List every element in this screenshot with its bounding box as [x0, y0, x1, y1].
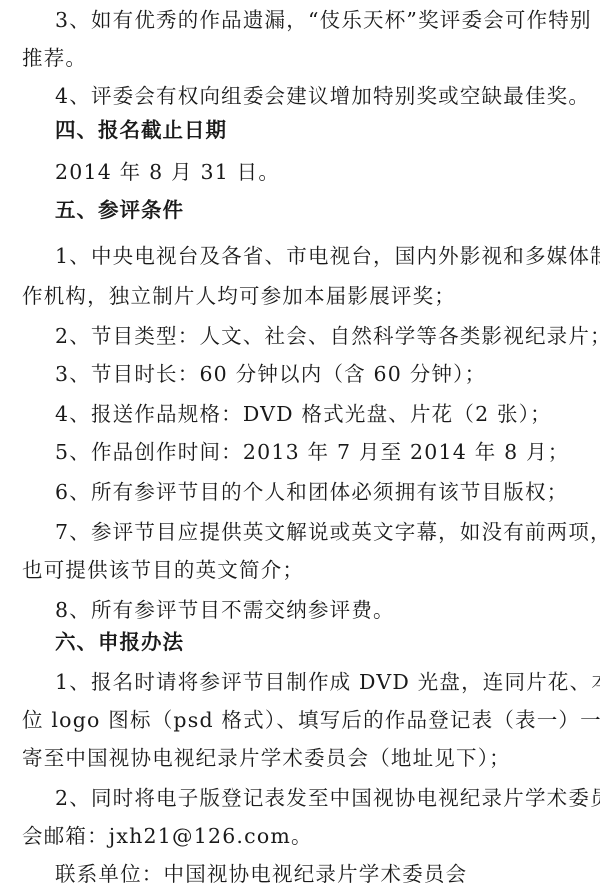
submission-item-1-line-2: 位 logo 图标（psd 格式）、填写后的作品登记表（表一）一份，: [22, 708, 600, 732]
section-heading-deadline: 四、报名截止日期: [55, 118, 227, 142]
eligibility-item-1-line-2: 作机构，独立制片人均可参加本届影展评奖；: [22, 284, 456, 308]
eligibility-item-2: 2、节目类型：人文、社会、自然科学等各类影视纪录片；: [55, 324, 600, 348]
section-heading-submission: 六、申报办法: [55, 630, 184, 654]
eligibility-item-8: 8、所有参评节目不需交纳参评费。: [55, 598, 395, 622]
submission-item-1-line-1: 1、报名时请将参评节目制作成 DVD 光盘，连同片花、本单: [55, 670, 600, 694]
eligibility-item-3: 3、节目时长：60 分钟以内（含 60 分钟）；: [55, 362, 486, 386]
submission-item-2-email: 会邮箱：jxh21@126.com。: [22, 824, 313, 848]
eligibility-item-6: 6、所有参评节目的个人和团体必须拥有该节目版权；: [55, 480, 568, 504]
section-heading-eligibility: 五、参评条件: [55, 198, 184, 222]
submission-item-1-line-3: 寄至中国视协电视纪录片学术委员会（地址见下）；: [22, 746, 511, 770]
eligibility-item-5: 5、作品创作时间：2013 年 7 月至 2014 年 8 月；: [55, 440, 569, 464]
submission-item-2-line-1: 2、同时将电子版登记表发至中国视协电视纪录片学术委员: [55, 786, 600, 810]
eligibility-item-7-line-1: 7、参评节目应提供英文解说或英文字幕，如没有前两项，: [55, 520, 600, 544]
contact-unit: 联系单位：中国视协电视纪录片学术委员会: [55, 862, 467, 886]
award-item-3-line-2: 推荐。: [22, 46, 87, 70]
eligibility-item-4: 4、报送作品规格：DVD 格式光盘、片花（2 张）；: [55, 402, 552, 426]
eligibility-item-7-line-2: 也可提供该节目的英文简介；: [22, 558, 304, 582]
award-item-3-line-1: 3、如有优秀的作品遗漏，“伎乐天杯”奖评委会可作特别: [55, 8, 592, 32]
deadline-date: 2014 年 8 月 31 日。: [55, 160, 280, 184]
award-item-4: 4、评委会有权向组委会建议增加特别奖或空缺最佳奖。: [55, 84, 590, 108]
eligibility-item-1-line-1: 1、中央电视台及各省、市电视台，国内外影视和多媒体制: [55, 244, 600, 268]
